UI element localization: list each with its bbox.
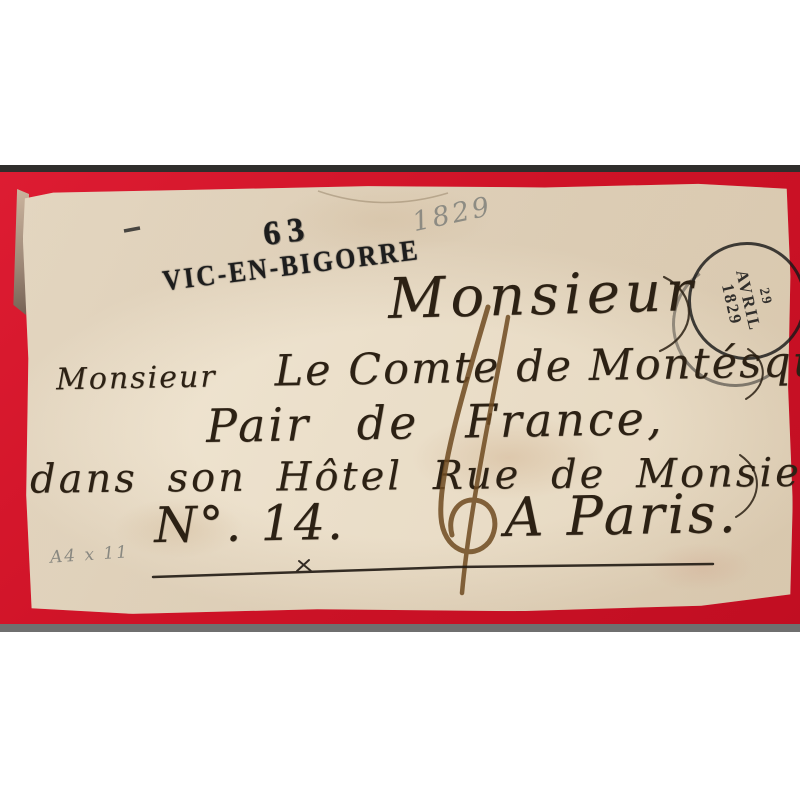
address-line-title: Pair de France, [206,391,665,453]
scan-page: 63 VIC-EN-BIGORRE 29 AVRIL 1829 1829 A4 … [0,0,800,800]
address-recipient-name: Le Comte de Montésquiou [274,336,800,397]
address-line-monsieur: Monsieur [387,259,698,332]
scan-edge-top [0,165,800,172]
scan-edge-bottom [0,624,800,632]
letter-photo: 63 VIC-EN-BIGORRE 29 AVRIL 1829 1829 A4 … [0,165,800,632]
address-house-number: N°. 14. [154,494,345,554]
address-city: A Paris. [504,482,739,549]
address-recipient-salutation: Monsieur [56,360,217,398]
address-line-city: N°. 14. A Paris. [153,482,739,555]
